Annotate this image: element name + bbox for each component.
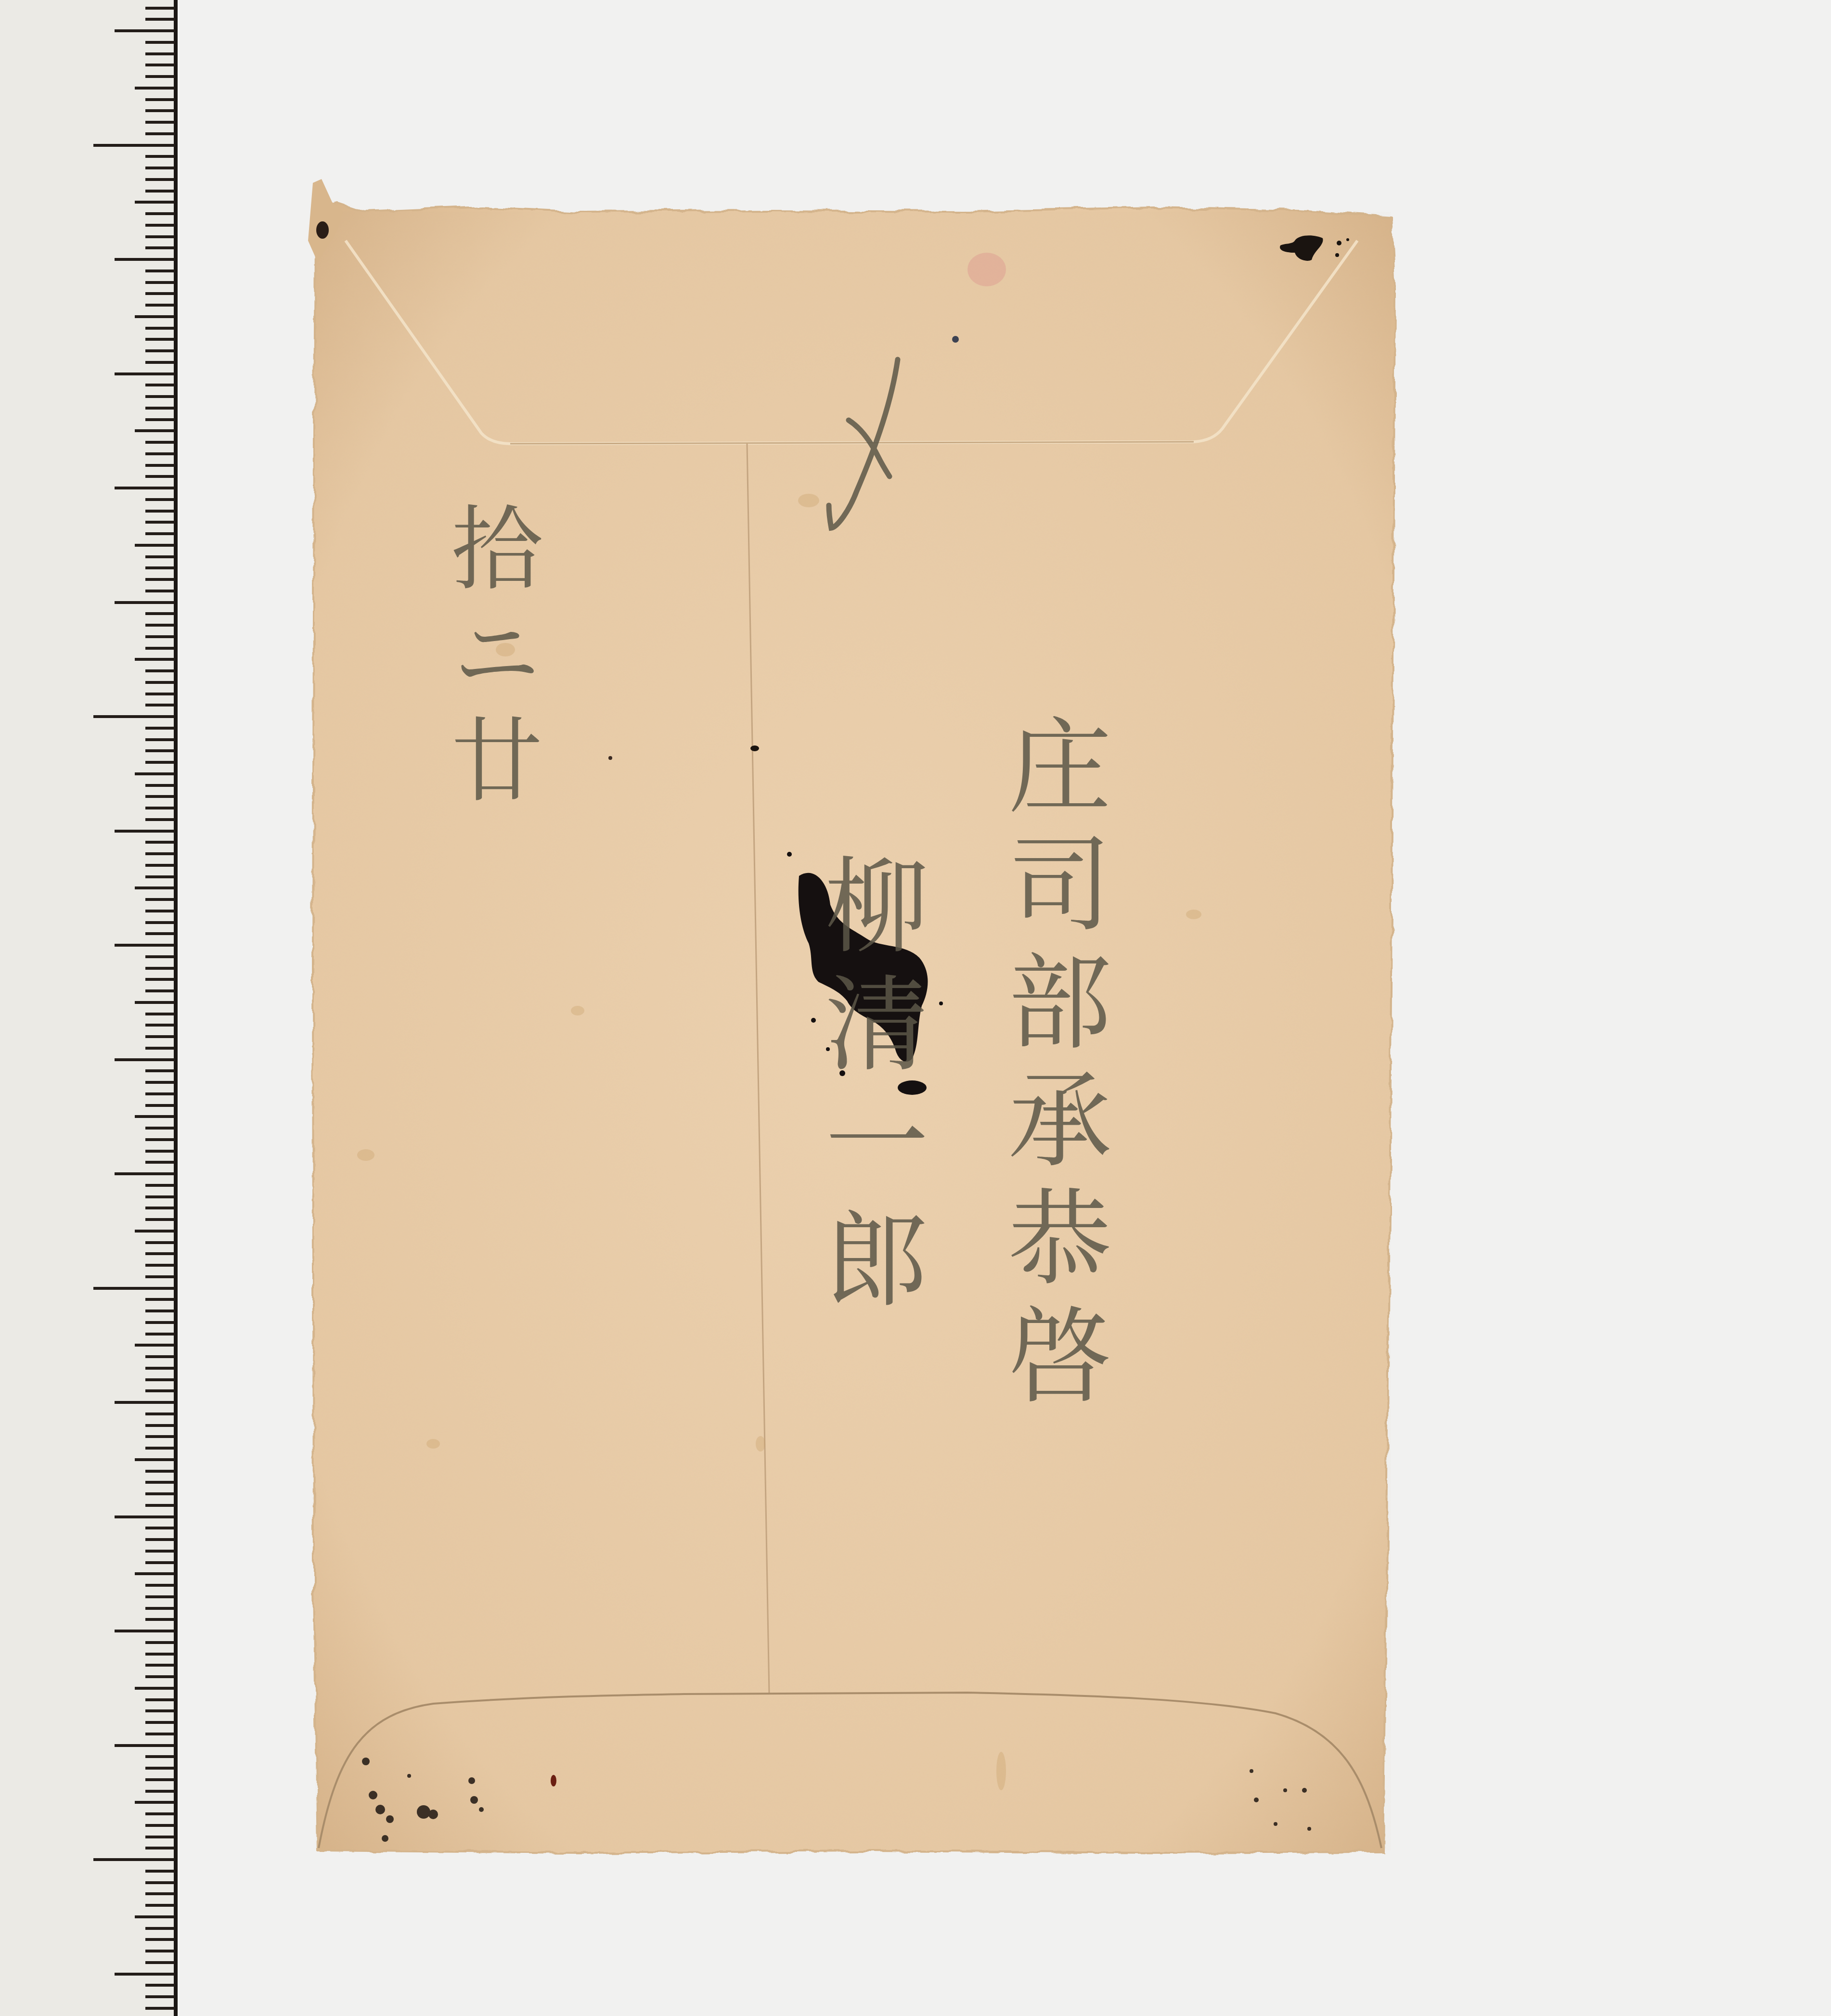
corner-hole bbox=[316, 221, 329, 239]
date-inscription: 拾ニ廿 bbox=[424, 501, 555, 818]
red-speck bbox=[551, 1775, 556, 1786]
addressee-inscription: 庄司部承恭啓 bbox=[977, 712, 1125, 1420]
scanned-envelope-image: 拾ニ廿 庄司部承恭啓 柳清一郎 bbox=[0, 0, 1831, 2016]
sender-name-inscription: 柳清一郎 bbox=[794, 852, 942, 1323]
ink-dot bbox=[750, 745, 759, 751]
pink-smudge bbox=[967, 253, 1006, 286]
blue-dot bbox=[952, 336, 959, 343]
